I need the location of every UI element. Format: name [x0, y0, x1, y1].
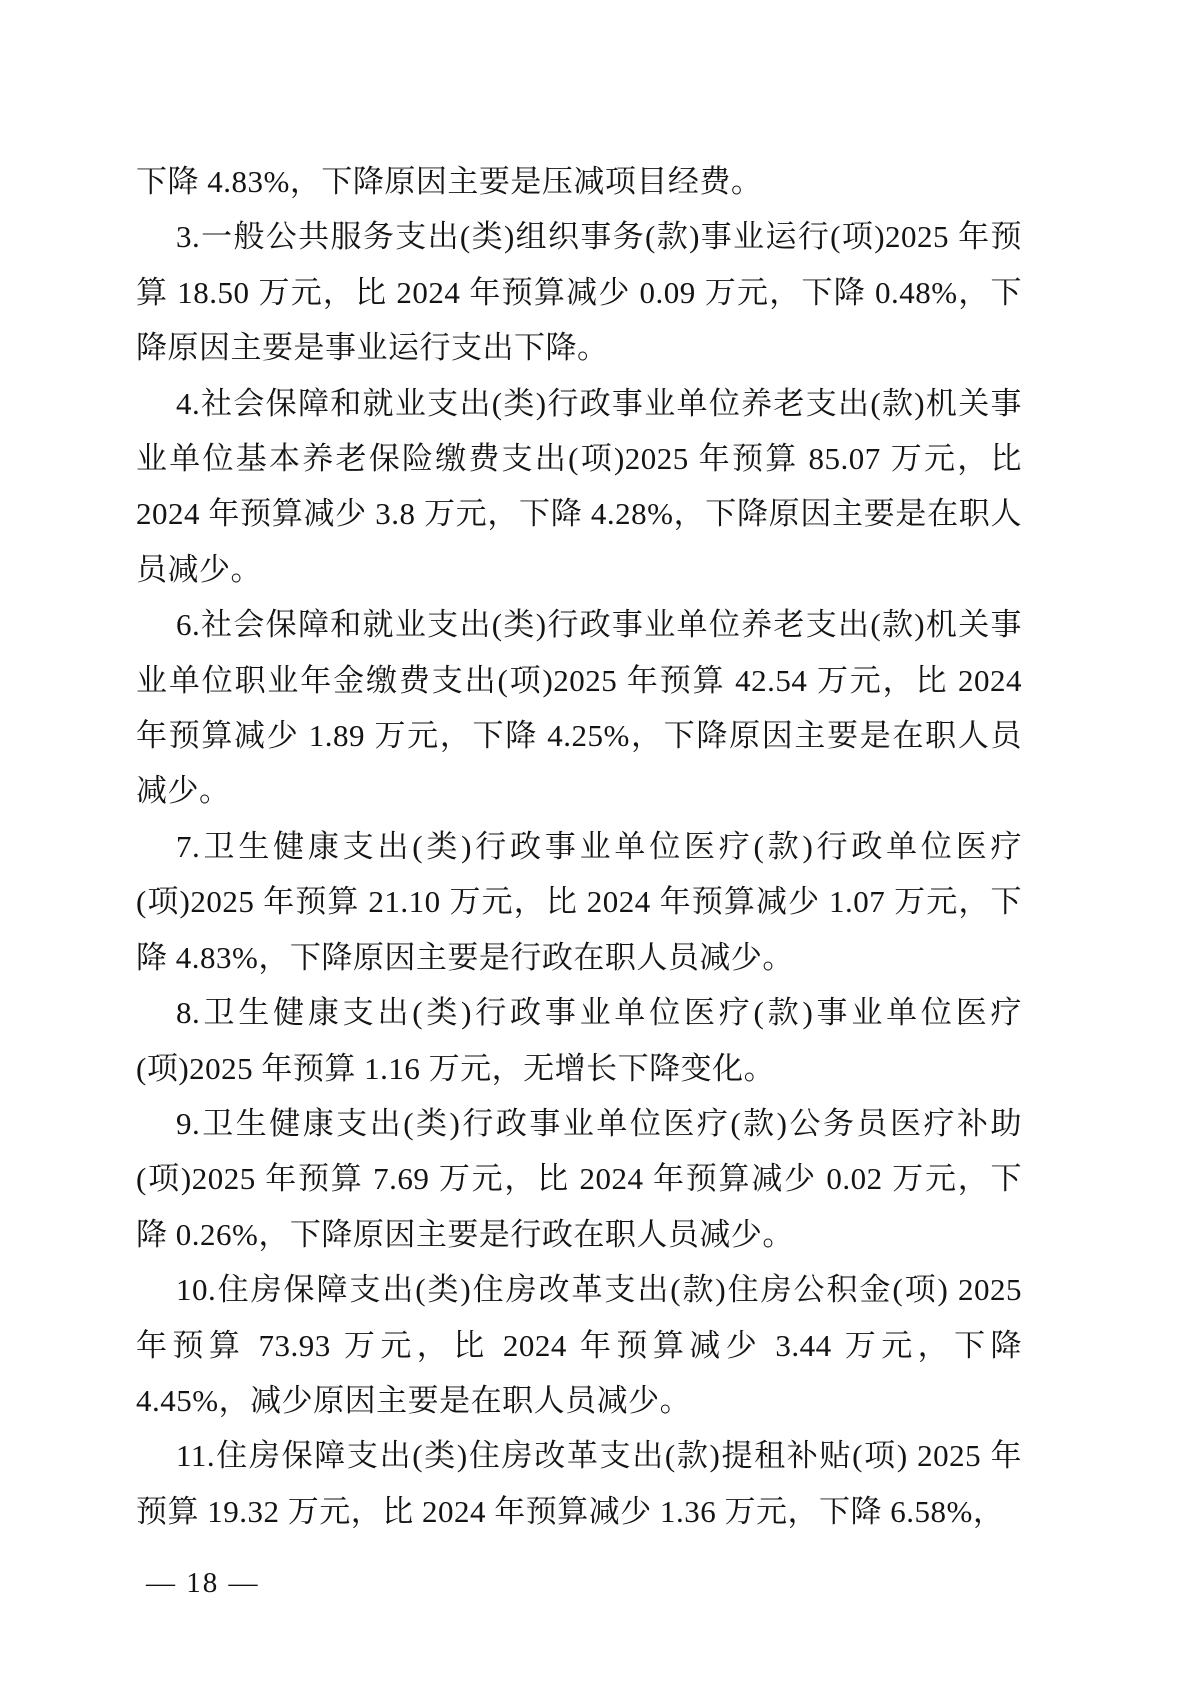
paragraph: 7.卫生健康支出(类)行政事业单位医疗(款)行政单位医疗(项)2025 年预算 … — [136, 819, 1022, 985]
document-body: 下降 4.83%，下降原因主要是压减项目经费。3.一般公共服务支出(类)组织事务… — [136, 154, 1022, 1539]
paragraph: 10.住房保障支出(类)住房改革支出(款)住房公积金(项) 2025 年预算 7… — [136, 1262, 1022, 1428]
paragraph: 11.住房保障支出(类)住房改革支出(款)提租补贴(项) 2025 年预算 19… — [136, 1428, 1022, 1539]
paragraph: 9.卫生健康支出(类)行政事业单位医疗(款)公务员医疗补助(项)2025 年预算… — [136, 1096, 1022, 1262]
paragraph: 4.社会保障和就业支出(类)行政事业单位养老支出(款)机关事业单位基本养老保险缴… — [136, 376, 1022, 598]
page-number: — 18 — — [146, 1566, 260, 1600]
paragraph: 下降 4.83%，下降原因主要是压减项目经费。 — [136, 154, 1022, 209]
paragraph: 8.卫生健康支出(类)行政事业单位医疗(款)事业单位医疗(项)2025 年预算 … — [136, 985, 1022, 1096]
document-page: 下降 4.83%，下降原因主要是压减项目经费。3.一般公共服务支出(类)组织事务… — [0, 0, 1190, 1683]
paragraph: 3.一般公共服务支出(类)组织事务(款)事业运行(项)2025 年预算 18.5… — [136, 209, 1022, 375]
paragraph: 6.社会保障和就业支出(类)行政事业单位养老支出(款)机关事业单位职业年金缴费支… — [136, 597, 1022, 819]
